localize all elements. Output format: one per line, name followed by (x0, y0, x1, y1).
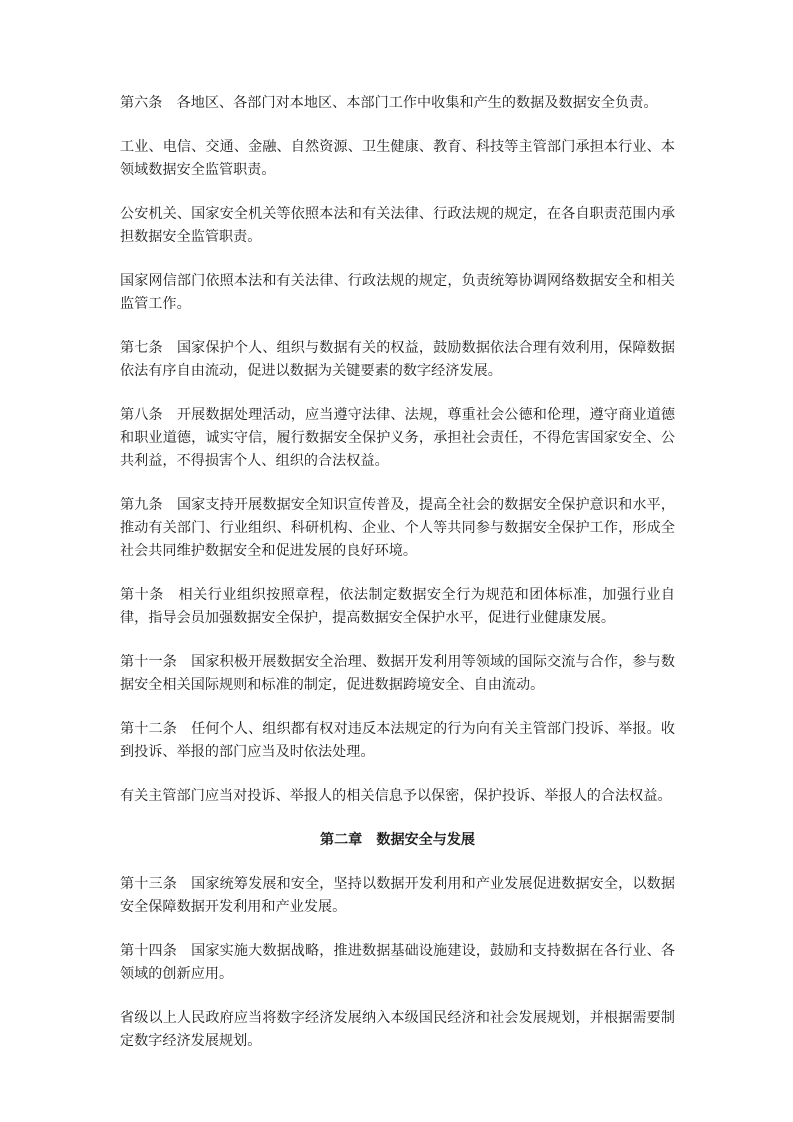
article-label: 第十三条 (120, 876, 177, 892)
article-text: 国家保护个人、组织与数据有关的权益，鼓励数据依法合理有效利用，保障数据依法有序自… (120, 340, 675, 379)
article-text: 各地区、各部门对本地区、本部门工作中收集和产生的数据及数据安全负责。 (177, 95, 658, 111)
article-text: 国家支持开展数据安全知识宣传普及，提高全社会的数据安全保护意识和水平，推动有关部… (120, 497, 675, 559)
article-label: 第十一条 (120, 654, 177, 670)
article-12-para-2: 有关主管部门应当对投诉、举报人的相关信息予以保密，保护投诉、举报人的合法权益。 (120, 785, 675, 808)
article-12: 第十二条 任何个人、组织都有权对违反本法规定的行为向有关主管部门投诉、举报。收到… (120, 718, 675, 764)
article-14: 第十四条 国家实施大数据战略，推进数据基础设施建设，鼓励和支持数据在各行业、各领… (120, 940, 675, 986)
article-text: 开展数据处理活动，应当遵守法律、法规，尊重社会公德和伦理，遵守商业道德和职业道德… (120, 407, 675, 469)
article-11: 第十一条 国家积极开展数据安全治理、数据开发利用等领域的国际交流与合作，参与数据… (120, 651, 675, 697)
chapter-title: 数据安全与发展 (376, 832, 475, 848)
article-text: 国家积极开展数据安全治理、数据开发利用等领域的国际交流与合作，参与数据安全相关国… (120, 654, 675, 693)
paragraph-text: 公安机关、国家安全机关等依照本法和有关法律、行政法规的规定，在各自职责范围内承担… (120, 206, 675, 245)
chapter-number: 第二章 (320, 832, 362, 848)
article-text: 相关行业组织按照章程，依法制定数据安全行为规范和团体标准，加强行业自律，指导会员… (120, 587, 675, 626)
article-14-para-2: 省级以上人民政府应当将数字经济发展纳入本级国民经济和社会发展规划，并根据需要制定… (120, 1007, 675, 1053)
article-6-para-2: 工业、电信、交通、金融、自然资源、卫生健康、教育、科技等主管部门承担本行业、本领… (120, 136, 675, 182)
paragraph-text: 省级以上人民政府应当将数字经济发展纳入本级国民经济和社会发展规划，并根据需要制定… (120, 1010, 675, 1049)
article-label: 第九条 (120, 497, 163, 513)
article-13: 第十三条 国家统筹发展和安全，坚持以数据开发利用和产业发展促进数据安全，以数据安… (120, 873, 675, 919)
article-label: 第十四条 (120, 943, 177, 959)
paragraph-text: 有关主管部门应当对投诉、举报人的相关信息予以保密，保护投诉、举报人的合法权益。 (120, 788, 672, 804)
article-text: 国家统筹发展和安全，坚持以数据开发利用和产业发展促进数据安全，以数据安全保障数据… (120, 876, 675, 915)
article-6-para-3: 公安机关、国家安全机关等依照本法和有关法律、行政法规的规定，在各自职责范围内承担… (120, 203, 675, 249)
article-label: 第七条 (120, 340, 163, 356)
article-9: 第九条 国家支持开展数据安全知识宣传普及，提高全社会的数据安全保护意识和水平，推… (120, 494, 675, 563)
article-label: 第六条 (120, 95, 162, 111)
paragraph-text: 国家网信部门依照本法和有关法律、行政法规的规定，负责统筹协调网络数据安全和相关监… (120, 273, 675, 312)
chapter-heading: 第二章 数据安全与发展 (120, 829, 675, 852)
article-label: 第八条 (120, 407, 163, 423)
article-6: 第六条 各地区、各部门对本地区、本部门工作中收集和产生的数据及数据安全负责。 (120, 92, 675, 115)
article-8: 第八条 开展数据处理活动，应当遵守法律、法规，尊重社会公德和伦理，遵守商业道德和… (120, 404, 675, 473)
article-label: 第十二条 (120, 721, 177, 737)
article-7: 第七条 国家保护个人、组织与数据有关的权益，鼓励数据依法合理有效利用，保障数据依… (120, 337, 675, 383)
document-page: 第六条 各地区、各部门对本地区、本部门工作中收集和产生的数据及数据安全负责。 工… (120, 92, 675, 1074)
article-6-para-4: 国家网信部门依照本法和有关法律、行政法规的规定，负责统筹协调网络数据安全和相关监… (120, 270, 675, 316)
article-10: 第十条 相关行业组织按照章程，依法制定数据安全行为规范和团体标准，加强行业自律，… (120, 584, 675, 630)
article-label: 第十条 (120, 587, 164, 603)
article-text: 任何个人、组织都有权对违反本法规定的行为向有关主管部门投诉、举报。收到投诉、举报… (120, 721, 675, 760)
paragraph-text: 工业、电信、交通、金融、自然资源、卫生健康、教育、科技等主管部门承担本行业、本领… (120, 139, 675, 178)
article-text: 国家实施大数据战略，推进数据基础设施建设，鼓励和支持数据在各行业、各领域的创新应… (120, 943, 675, 982)
